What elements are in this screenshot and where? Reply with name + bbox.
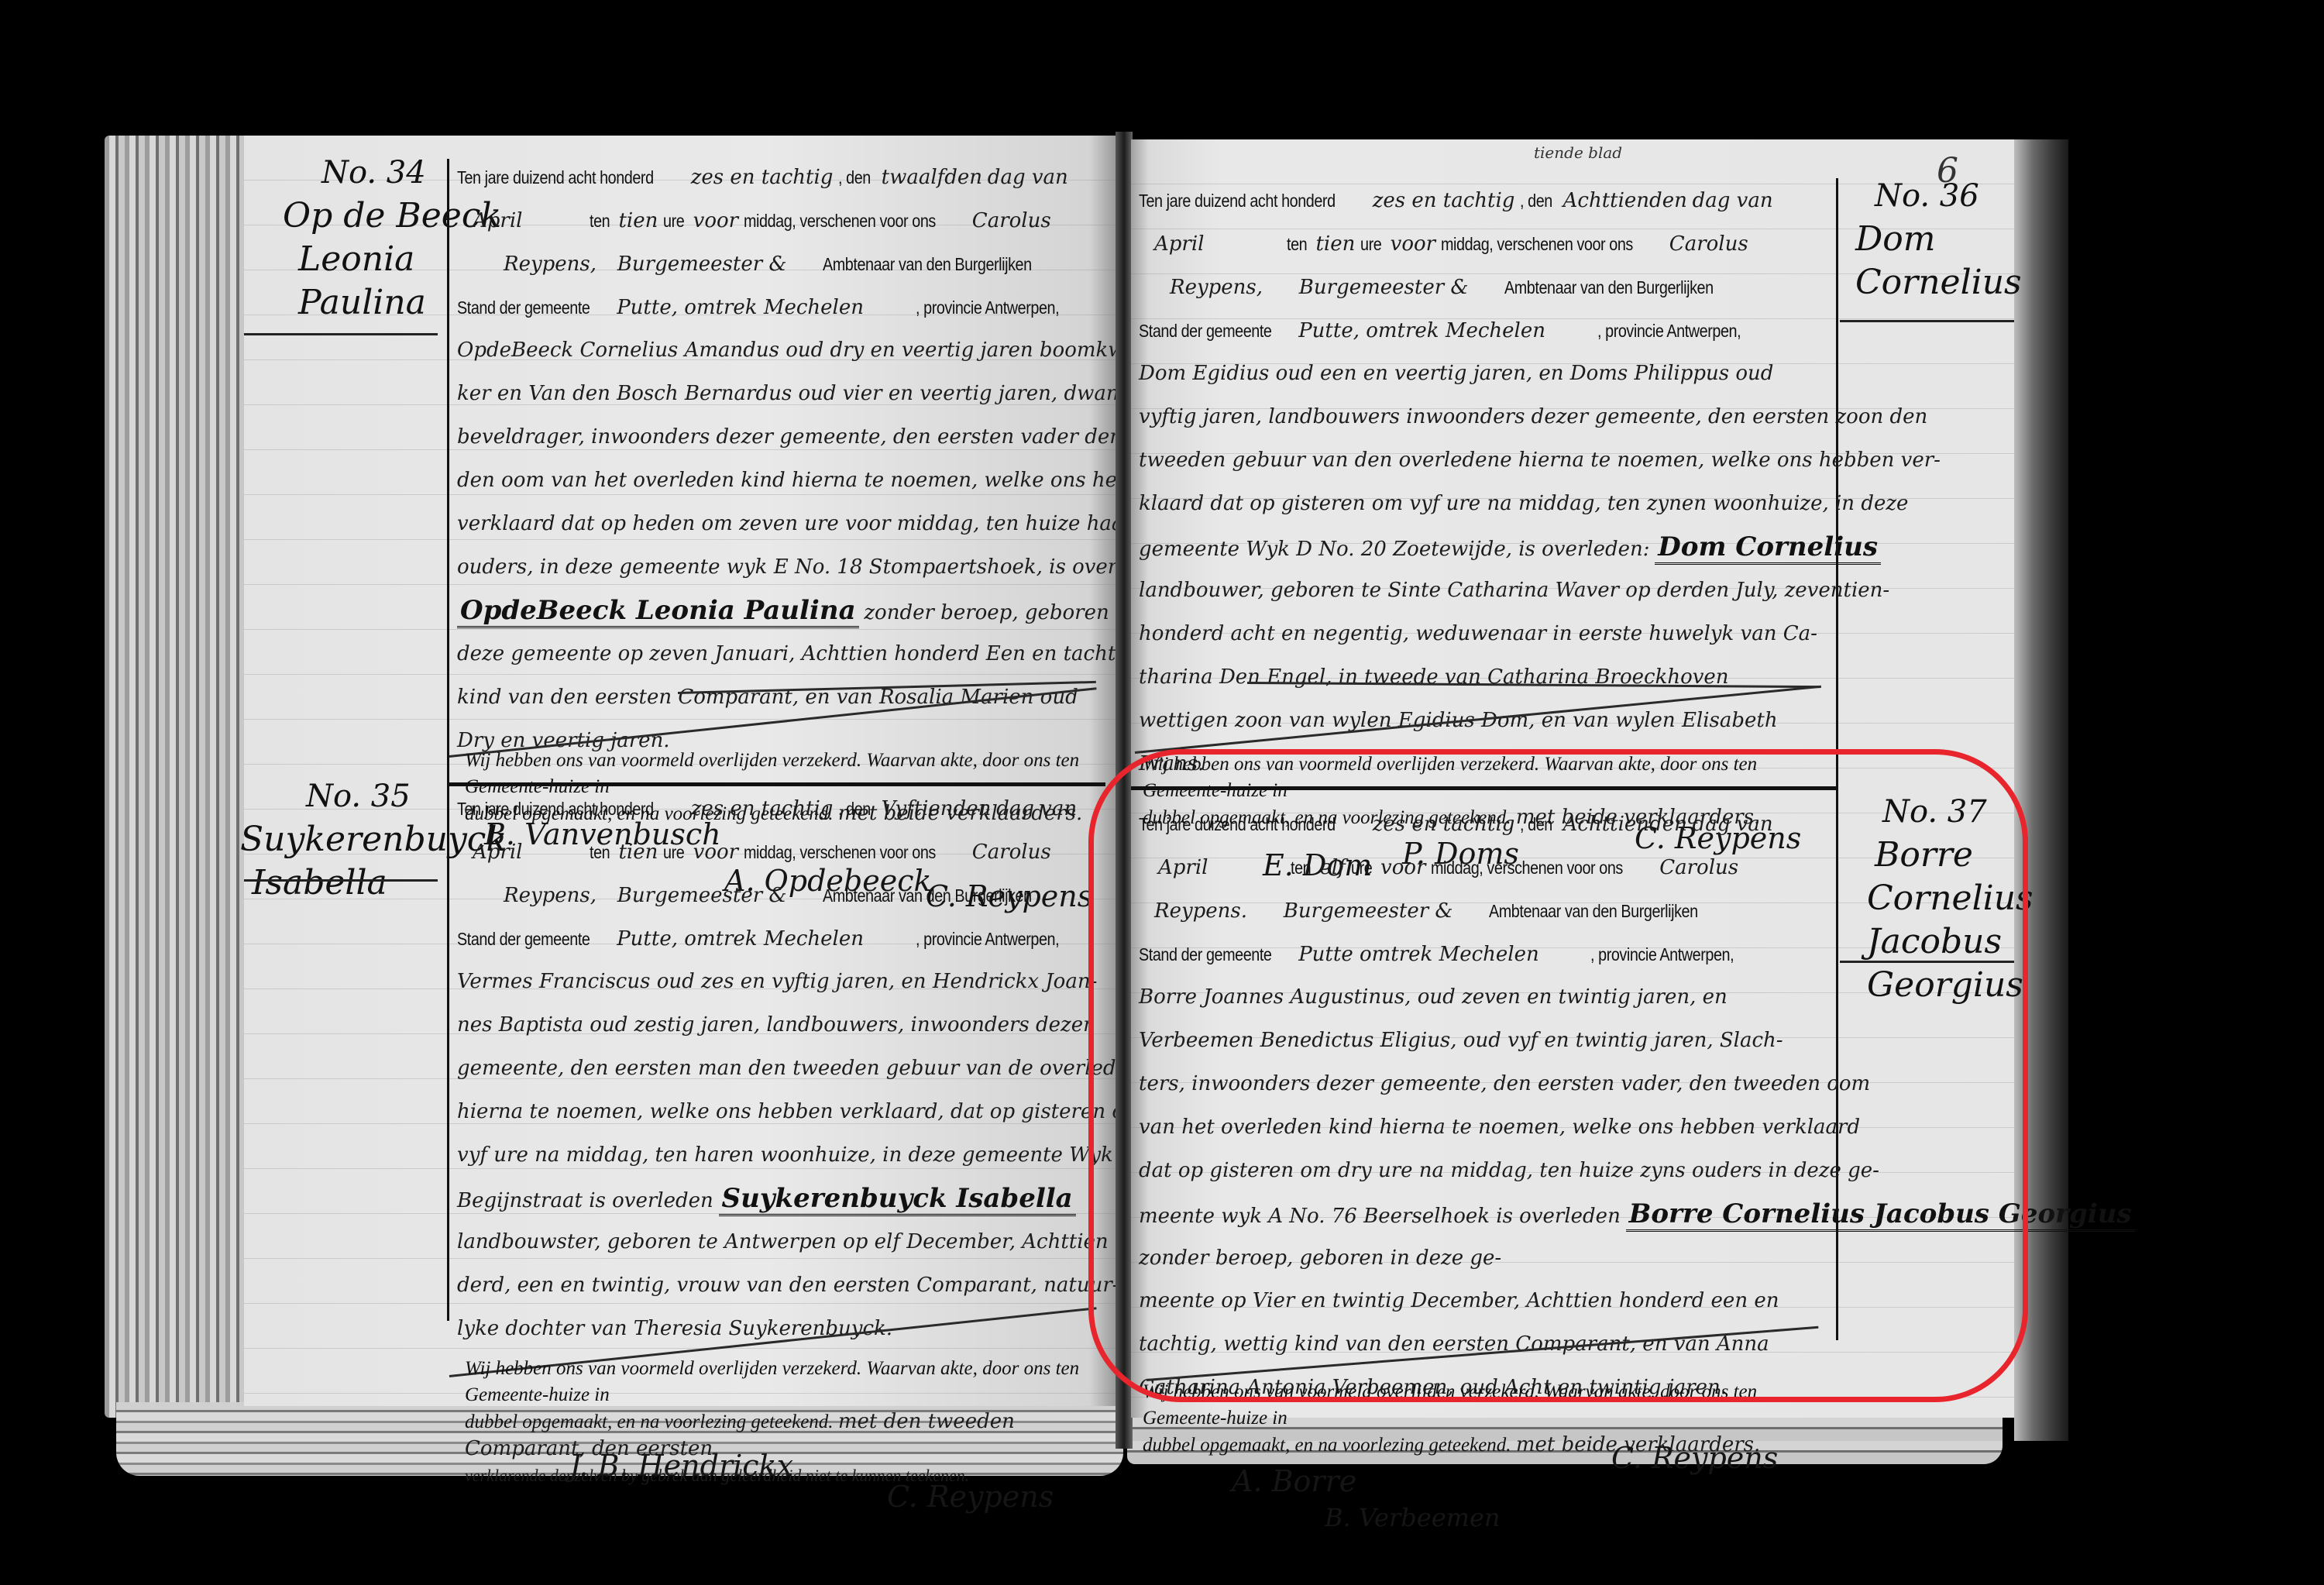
official-first-name: Carolus <box>1669 232 1748 256</box>
left-page: No. 34 Op de Beeck Leonia Paulina Ten ja… <box>244 136 1116 1406</box>
page-stack-left <box>105 136 260 1418</box>
margin-name-line: Georgius <box>1867 964 2033 1007</box>
record-37: No. 37 Borre Cornelius Jacobus Georgius … <box>1131 782 2014 1418</box>
book-gutter <box>1116 132 1133 1449</box>
record-number: No. 36 <box>1875 174 2022 218</box>
margin-name-line: Jacobus <box>1867 920 2033 964</box>
month: April <box>1158 856 1208 879</box>
hour: tien <box>1315 232 1355 256</box>
place: Putte, omtrek Mechelen <box>1298 319 1545 342</box>
right-page: tiende blad 6 No. 36 Dom Cornelius Ten j… <box>1131 139 2014 1418</box>
official-first-name: Carolus <box>972 841 1051 864</box>
signature: J. B. Hendrickx <box>569 1449 793 1483</box>
official-first-name: Carolus <box>972 209 1051 232</box>
place: Putte, omtrek Mechelen <box>617 927 864 951</box>
year-words: zes en tachtig <box>691 797 834 820</box>
margin-entry: No. 36 Dom Cornelius <box>1859 174 2022 304</box>
hour: tien <box>618 209 658 232</box>
year-words: zes en tachtig <box>1373 813 1515 836</box>
margin-rule <box>1840 961 2014 963</box>
margin-name-line: Cornelius <box>1867 877 2033 920</box>
month: April <box>473 209 522 232</box>
margin-rule <box>1840 320 2014 322</box>
official-surname: Reypens, <box>1170 276 1263 299</box>
official-surname: Reypens, <box>504 884 596 907</box>
month: April <box>473 841 522 864</box>
day-words: twaalfden <box>882 166 982 189</box>
official-title: Burgemeester & <box>617 884 787 907</box>
signature: C. Reypens <box>1611 1441 1778 1475</box>
official-first-name: Carolus <box>1659 856 1738 879</box>
record-34: No. 34 Op de Beeck Leonia Paulina Ten ja… <box>244 136 1116 755</box>
margin-name-line: Cornelius <box>1855 261 2022 304</box>
deceased-name: Dom Cornelius <box>1655 531 1881 565</box>
place: Putte, omtrek Mechelen <box>617 296 864 319</box>
official-title: Burgemeester & <box>1299 276 1469 299</box>
year-words: zes en tachtig <box>1373 189 1515 212</box>
record-36: No. 36 Dom Cornelius Ten jare duizend ac… <box>1131 139 2014 759</box>
margin-name-line: Dom <box>1855 218 2022 261</box>
record-text: Ten jare duizend acht honderd zes en tac… <box>457 155 1108 762</box>
margin-name-line: Borre <box>1875 834 2033 877</box>
record-number: No. 37 <box>1882 790 2033 834</box>
signature: C. Reypens <box>887 1480 1054 1514</box>
deceased-name: OpdeBeeck Leonia Paulina <box>457 595 859 628</box>
margin-rule <box>244 333 438 335</box>
deceased-name: Suykerenbuyck Isabella <box>719 1183 1076 1216</box>
day-words: Vyftienden <box>882 797 992 820</box>
official-title: Burgemeester & <box>617 253 787 276</box>
hour: tien <box>618 841 658 864</box>
signature: A. Borre <box>1232 1464 1356 1498</box>
deceased-name: Borre Cornelius Jacobus Georgius <box>1626 1198 2135 1232</box>
margin-entry: No. 37 Borre Cornelius Jacobus Georgius <box>1867 790 2033 1007</box>
official-surname: Reypens. <box>1154 899 1247 923</box>
record-35: No. 35 Suykerenbuyck Isabella Ten jare d… <box>244 767 1116 1402</box>
record-text: Ten jare duizend acht honderd zes en tac… <box>457 786 1108 1350</box>
official-surname: Reypens, <box>504 253 596 276</box>
month: April <box>1154 232 1204 256</box>
margin-rule <box>244 879 438 882</box>
signature: B. Verbeemen <box>1325 1503 1501 1532</box>
hour: elf <box>1319 856 1345 879</box>
record-text: Ten jare duizend acht honderd zes en tac… <box>1139 802 1828 1409</box>
day-words: Achttienden <box>1563 189 1687 212</box>
official-title: Burgemeester & <box>1284 899 1453 923</box>
day-words: Achttienden <box>1563 813 1687 836</box>
year-words: zes en tachtig <box>691 166 834 189</box>
place: Putte omtrek Mechelen <box>1298 943 1539 966</box>
